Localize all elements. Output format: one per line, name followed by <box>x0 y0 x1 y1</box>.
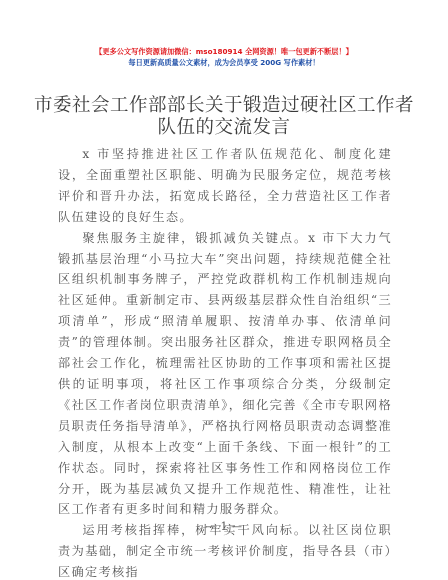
document-body: x 市坚持推进社区工作者队伍规范化、制度化建设，全面重塑社区职能、明确为民服务定… <box>58 144 392 580</box>
promo-banner-line1: 【更多公文写作资源请加微信：mso180914 全网资源！唯一包更新不断层！】 <box>0 47 448 57</box>
paragraph-1: x 市坚持推进社区工作者队伍规范化、制度化建设，全面重塑社区职能、明确为民服务定… <box>58 144 392 228</box>
promo-banner-line2: 每日更新高质量公文素材，成为会员享受 200G 写作素材！ <box>0 58 448 68</box>
paragraph-2: 聚焦服务主旋律，锻抓减负关键点。x 市下大力气锻抓基层治理“小马拉大车”突出问题… <box>58 228 392 521</box>
document-title-line1: 市委社会工作部部长关于锻造过硬社区工作者 <box>0 95 448 117</box>
document-title-line2: 队伍的交流发言 <box>0 117 448 139</box>
page-number: — 1 — <box>0 520 448 533</box>
